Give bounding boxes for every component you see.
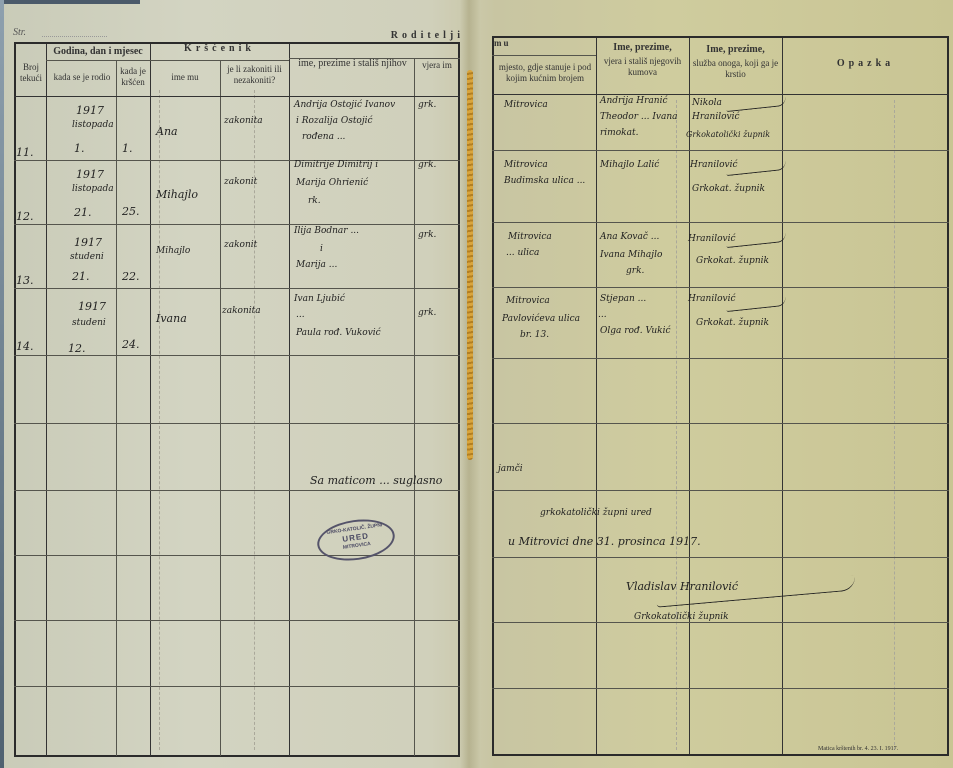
entry-legitimacy: zakonit: [224, 240, 257, 250]
header-roditelji: Roditelji: [304, 30, 464, 41]
entry-parents: rođena ...: [302, 132, 345, 142]
entry-baptized-by: Grkokat. župnik: [696, 256, 769, 266]
row-rule: [492, 287, 949, 288]
entry-legitimacy: zakonita: [222, 306, 261, 316]
entry-godparents: rimokat.: [600, 128, 638, 138]
entry-number: 12.: [16, 210, 34, 223]
entry-number: 14.: [16, 340, 34, 353]
entry-baptized-day: 1.: [122, 142, 133, 155]
col-divider: [596, 38, 597, 754]
entry-godparents: Theodor ... Ivana: [600, 112, 678, 122]
register-grid-right: [492, 36, 949, 756]
entry-godparents: ...: [598, 310, 607, 320]
row-rule: [492, 557, 949, 558]
row-rule: [492, 490, 949, 491]
row-rule: [14, 423, 460, 424]
row-rule: [492, 358, 949, 359]
entry-residence: ... ulica: [506, 248, 539, 258]
entry-godparents: Andrija Hranić: [600, 96, 668, 106]
entry-born-day: 21.: [74, 206, 92, 219]
entry-number: 11.: [16, 146, 34, 159]
entry-religion: grk.: [418, 230, 436, 240]
header-sub-rule: [46, 60, 150, 61]
page-label: Str.: [13, 27, 26, 38]
row-rule: [492, 222, 949, 223]
row-rule: [492, 423, 949, 424]
header-roditelji-ime: ime, prezime i stališ njihov: [291, 58, 414, 69]
entry-year: 1917: [76, 104, 104, 117]
entry-godparents: Ana Kovač ...: [600, 232, 659, 242]
header-krscen: kada je kršćen: [116, 66, 150, 88]
col-divider: [46, 44, 47, 756]
row-rule: [492, 150, 949, 151]
row-rule: [492, 622, 949, 623]
col-divider: [782, 38, 783, 754]
col-divider: [116, 60, 117, 756]
right-page: mu mjesto, gdje stanuje i pod kojim kućn…: [476, 0, 953, 768]
header-bottom-rule: [492, 94, 949, 95]
entry-legitimacy: zakonit: [224, 177, 257, 187]
entry-parents: Marija ...: [296, 260, 337, 270]
entry-parents: i: [320, 244, 323, 254]
entry-number: 13.: [16, 274, 34, 287]
entry-month: studeni: [70, 252, 104, 262]
entry-godparents: grk.: [626, 266, 644, 276]
entry-godparents: Mihajlo Lalić: [600, 160, 659, 170]
guide-line: [894, 100, 895, 750]
entry-residence: Mitrovica: [504, 100, 548, 110]
entry-residence: Mitrovica: [506, 296, 550, 306]
header-ime-mu: ime mu: [150, 72, 220, 83]
row-rule: [14, 224, 460, 225]
header-krstio-title: Ime, prezime,: [689, 44, 782, 55]
entry-parents: Paula rođ. Vuković: [296, 328, 381, 338]
entry-name: Ivana: [156, 312, 187, 325]
row-rule: [14, 160, 460, 161]
entry-parents: Ivan Ljubić: [294, 294, 345, 304]
entry-religion: grk.: [418, 100, 436, 110]
page-number-line: [42, 36, 107, 37]
header-zakoniti: je li zakoniti ili nezakoniti?: [220, 64, 289, 86]
row-rule: [492, 688, 949, 689]
row-rule: [14, 620, 460, 621]
header-kumovi-sub: vjera i stališ njegovih kumova: [598, 56, 687, 78]
row-rule: [14, 355, 460, 356]
header-roditelji-cont: mu: [494, 38, 524, 49]
entry-year: 1917: [74, 236, 102, 249]
row-rule: [14, 686, 460, 687]
entry-baptized-by: Grkokat. župnik: [696, 318, 769, 328]
header-sub-rule: [492, 55, 596, 56]
entry-residence: Budimska ulica ...: [504, 176, 585, 186]
entry-residence: Pavlovićeva ulica: [502, 314, 580, 324]
col-divider: [150, 44, 151, 756]
certification-text-cont: jamči: [498, 464, 523, 474]
row-rule: [14, 555, 460, 556]
entry-residence: Mitrovica: [504, 160, 548, 170]
entry-legitimacy: zakonita: [224, 116, 263, 126]
binding-thread: [467, 70, 473, 460]
entry-baptized-by: Hranilović: [692, 112, 740, 122]
header-bottom-rule: [14, 96, 460, 97]
row-rule: [14, 490, 460, 491]
col-divider: [414, 58, 415, 756]
header-sub-rule: [150, 60, 289, 61]
entry-born-day: 1.: [74, 142, 85, 155]
header-opazka: Opazka: [782, 58, 949, 69]
entry-month: listopada: [72, 184, 114, 194]
col-divider: [220, 60, 221, 756]
entry-residence: br. 13.: [520, 330, 549, 340]
entry-godparents: Olga rođ. Vukić: [600, 326, 671, 336]
signature-title: Grkokatolički župnik: [634, 612, 729, 622]
left-page: Str. Broj tekući Godina, dan i mjesec ka…: [4, 0, 466, 768]
entry-parents: i Rozalija Ostojić: [296, 116, 373, 126]
entry-baptized-day: 24.: [122, 338, 140, 351]
entry-name: Mihajlo: [156, 246, 190, 256]
entry-godparents: Stjepan ...: [600, 294, 646, 304]
entry-religion: grk.: [418, 308, 436, 318]
certification-text: Sa maticom ... suglasno: [310, 474, 442, 487]
entry-born-day: 12.: [68, 342, 86, 355]
header-mjesto: mjesto, gdje stanuje i pod kojim kućnim …: [494, 62, 596, 84]
entry-parents: Marija Ohrienić: [296, 178, 368, 188]
header-rodio: kada se je rodio: [48, 72, 116, 83]
entry-year: 1917: [76, 168, 104, 181]
header-broj: Broj tekući: [16, 62, 46, 84]
entry-name: Mihajlo: [156, 188, 198, 201]
col-divider: [289, 44, 290, 756]
entry-residence: Mitrovica: [508, 232, 552, 242]
entry-parents: Dimitrije Dimitrij i: [294, 160, 378, 170]
header-krstenik: Kršćenik: [150, 43, 289, 54]
entry-born-day: 21.: [72, 270, 90, 283]
entry-parents: Andrija Ostojić Ivanov: [294, 100, 395, 110]
header-godina: Godina, dan i mjesec: [46, 46, 150, 57]
entry-baptized-day: 25.: [122, 205, 140, 218]
entry-baptized-by: Grkokatolički župnik: [686, 130, 770, 139]
entry-parents: Ilija Bodnar ...: [294, 226, 359, 236]
entry-baptized-by: Nikola: [692, 98, 722, 108]
guide-line: [254, 90, 255, 750]
entry-baptized-by: Grkokat. župnik: [692, 184, 765, 194]
entry-year: 1917: [78, 300, 106, 313]
form-footer: Matica krštenih br. 4. 23. I. 1917.: [818, 746, 898, 752]
header-kumovi-title: Ime, prezime,: [596, 42, 689, 53]
row-rule: [14, 288, 460, 289]
entry-parents: rk.: [308, 196, 321, 206]
header-vjera: vjera im: [414, 60, 460, 71]
place-date: u Mitrovici dne 31. prosinca 1917.: [508, 535, 701, 548]
header-krstio-sub: služba onoga, koji ga je krstio: [691, 58, 780, 80]
office-line: grkokatolički župni ured: [540, 508, 652, 518]
entry-religion: grk.: [418, 160, 436, 170]
entry-parents: ...: [296, 310, 305, 320]
entry-baptized-day: 22.: [122, 270, 140, 283]
entry-month: studeni: [72, 318, 106, 328]
entry-name: Ana: [156, 125, 178, 138]
col-divider: [689, 38, 690, 754]
entry-godparents: Ivana Mihajlo: [600, 250, 662, 260]
entry-month: listopada: [72, 120, 114, 130]
guide-line: [676, 100, 677, 750]
